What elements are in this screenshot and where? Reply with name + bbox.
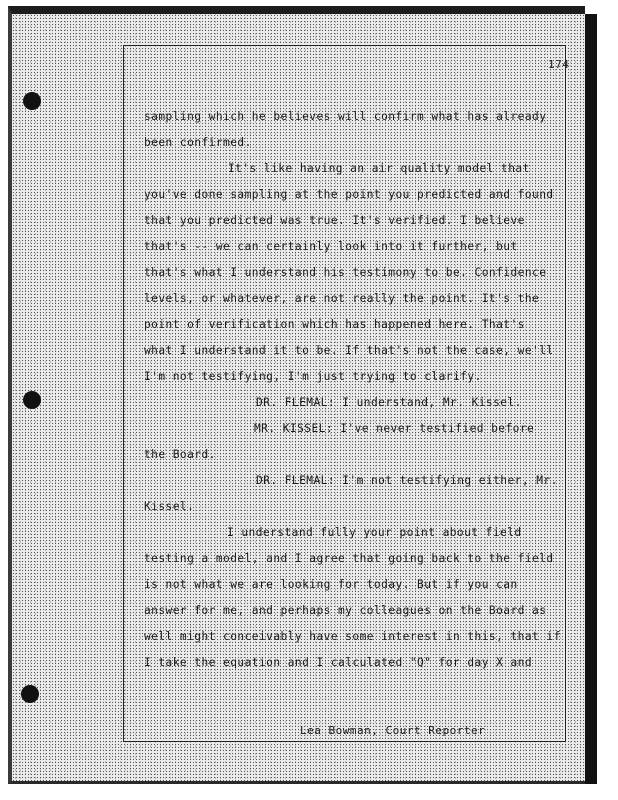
page-edge-shadow [585,14,597,784]
transcript-line: that's -- we can certainly look into it … [144,240,518,253]
court-reporter-footer: Lea Bowman, Court Reporter [300,724,485,737]
page-number: 174 [548,58,569,71]
transcript-line: I'm not testifying, I'm just trying to c… [144,370,482,383]
transcript-line: I understand fully your point about fiel… [227,526,522,539]
transcript-line: is not what we are looking for today. Bu… [144,578,518,591]
transcript-line: Kissel. [144,500,194,513]
transcript-line: well might conceivably have some interes… [144,630,561,643]
transcript-line: I take the equation and I calculated "Q"… [144,656,532,669]
transcript-line: sampling which he believes will confirm … [144,110,546,123]
speaker-line: DR. FLEMAL: I'm not testifying either, M… [256,474,558,487]
transcript-line: It's like having an air quality model th… [228,162,530,175]
speaker-line: MR. KISSEL: I've never testified before [254,422,534,435]
transcript-line: that you predicted was true. It's verifi… [144,214,525,227]
transcript-line: testing a model, and I agree that going … [144,552,554,565]
binder-hole-icon [23,92,41,110]
binder-hole-icon [23,391,41,409]
binder-hole-icon [21,685,39,703]
transcript-line: point of verification which has happened… [144,318,525,331]
transcript-line: you've done sampling at the point you pr… [144,188,554,201]
transcript-line: answer for me, and perhaps my colleagues… [144,604,546,617]
speaker-line: DR. FLEMAL: I understand, Mr. Kissel. [256,396,522,409]
transcript-line: been confirmed. [144,136,252,149]
transcript-line: that's what I understand his testimony t… [144,266,546,279]
transcript-line: the Board. [144,448,216,461]
transcript-line: levels, or whatever, are not really the … [144,292,539,305]
transcript-line: what I understand it to be. If that's no… [144,344,554,357]
